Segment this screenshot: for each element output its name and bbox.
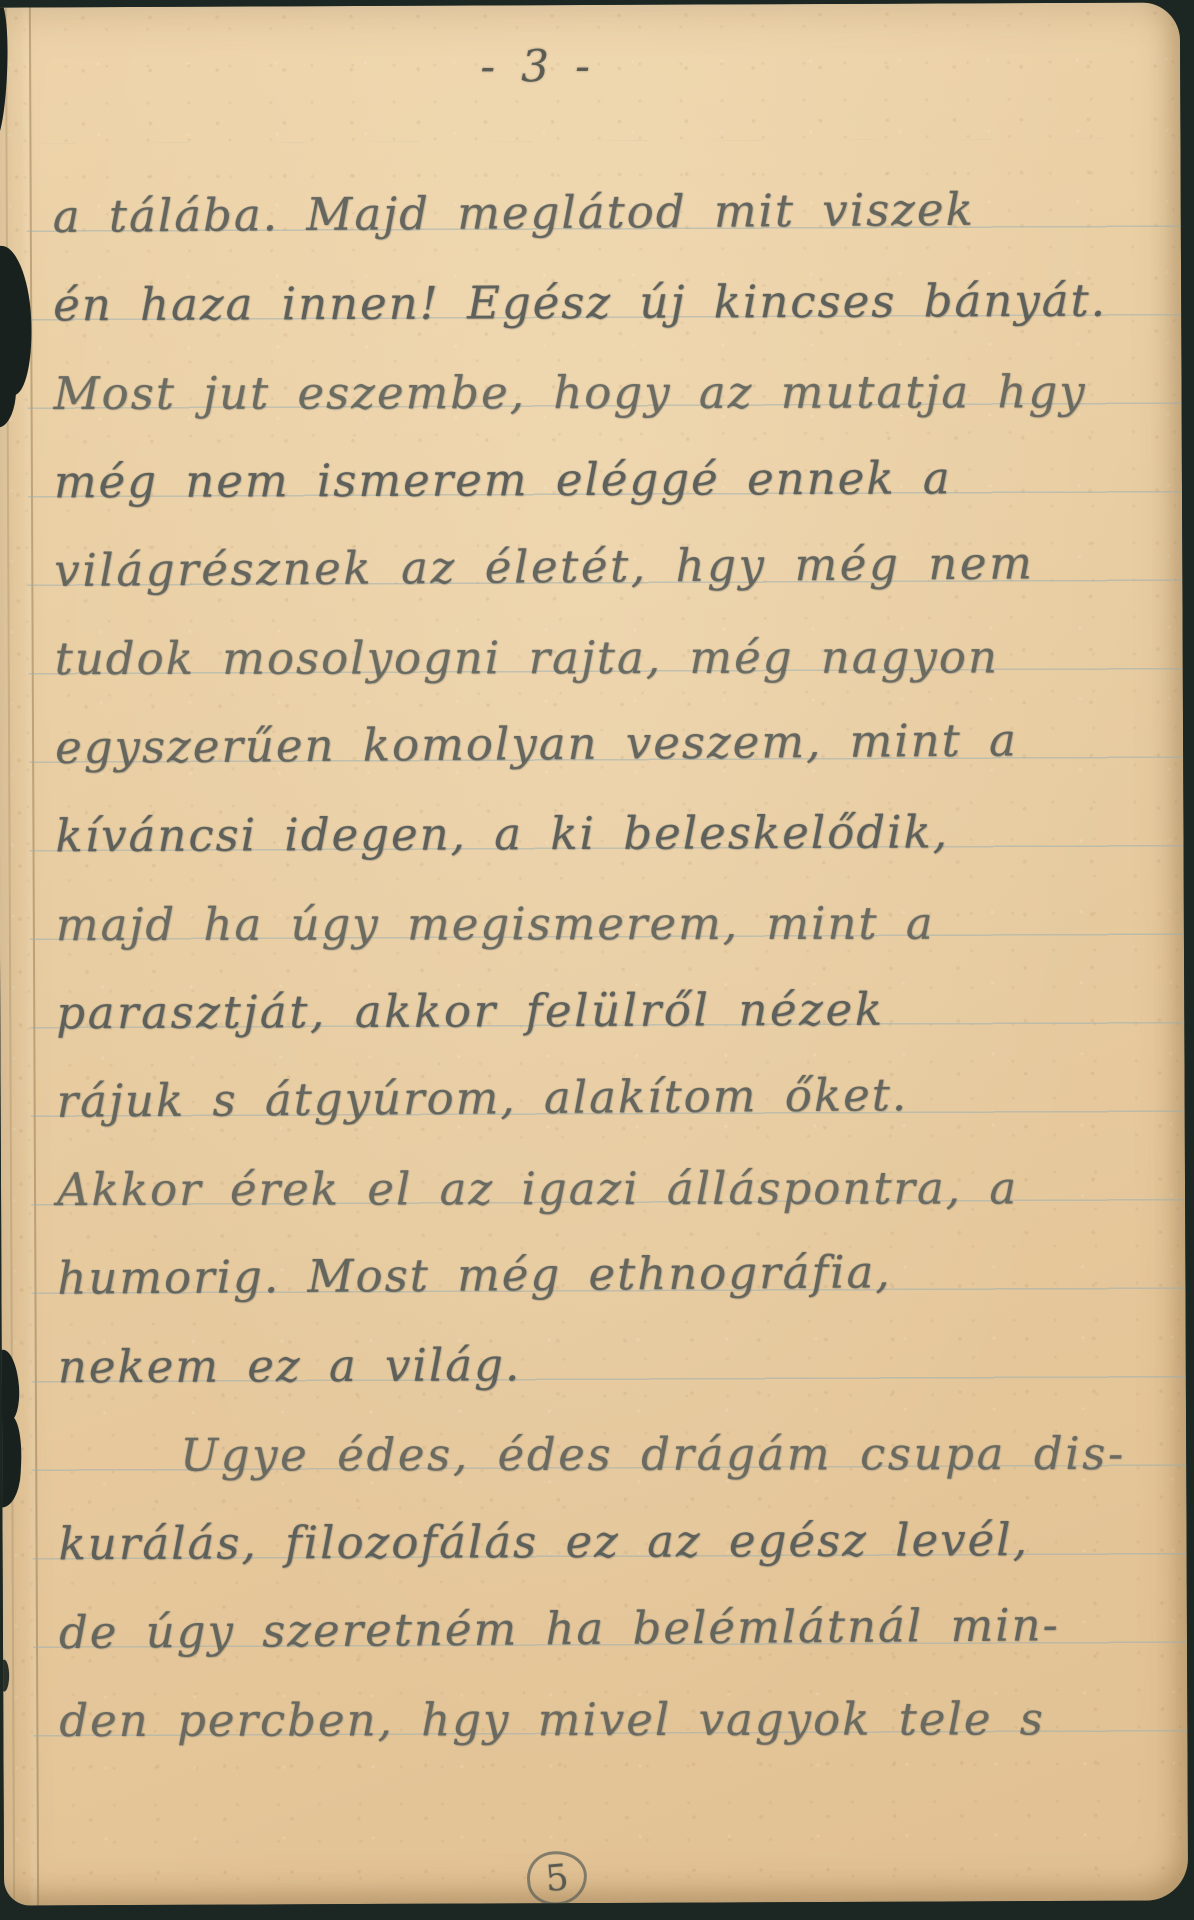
manuscript-line: den percben, hgy mivel vagyok tele s <box>59 1644 1173 1737</box>
ink-blot <box>0 1349 22 1423</box>
manuscript-line: kíváncsi idegen, a ki beleskelődik, <box>55 759 1169 852</box>
manuscript-line: a tálába. Majd meglátod mit viszek <box>52 139 1166 232</box>
handwritten-text: a tálába. Majd meglátod mit viszek én ha… <box>52 139 1173 1737</box>
manuscript-line: én haza innen! Egész új kincses bányát. <box>53 228 1167 321</box>
ink-blot <box>0 1415 23 1508</box>
scanned-manuscript: - 3 - a tálába. Majd meglátod mit viszek… <box>0 0 1194 1920</box>
page-number-top: - 3 - <box>0 39 1130 95</box>
manuscript-line: nekem ez a világ. <box>57 1290 1171 1383</box>
manuscript-line: tudok mosolyogni rajta, még nagyon <box>54 582 1168 675</box>
page-number-bottom-circled: 5 <box>525 1849 590 1906</box>
page-number-bottom-value: 5 <box>544 1857 571 1900</box>
page-edge-crease <box>29 7 39 1905</box>
ink-blot <box>0 1660 9 1692</box>
notebook-page: - 3 - a tálába. Majd meglátod mit viszek… <box>0 2 1188 1905</box>
manuscript-line: Akkor érek el az igazi álláspontra, a <box>57 1113 1171 1206</box>
